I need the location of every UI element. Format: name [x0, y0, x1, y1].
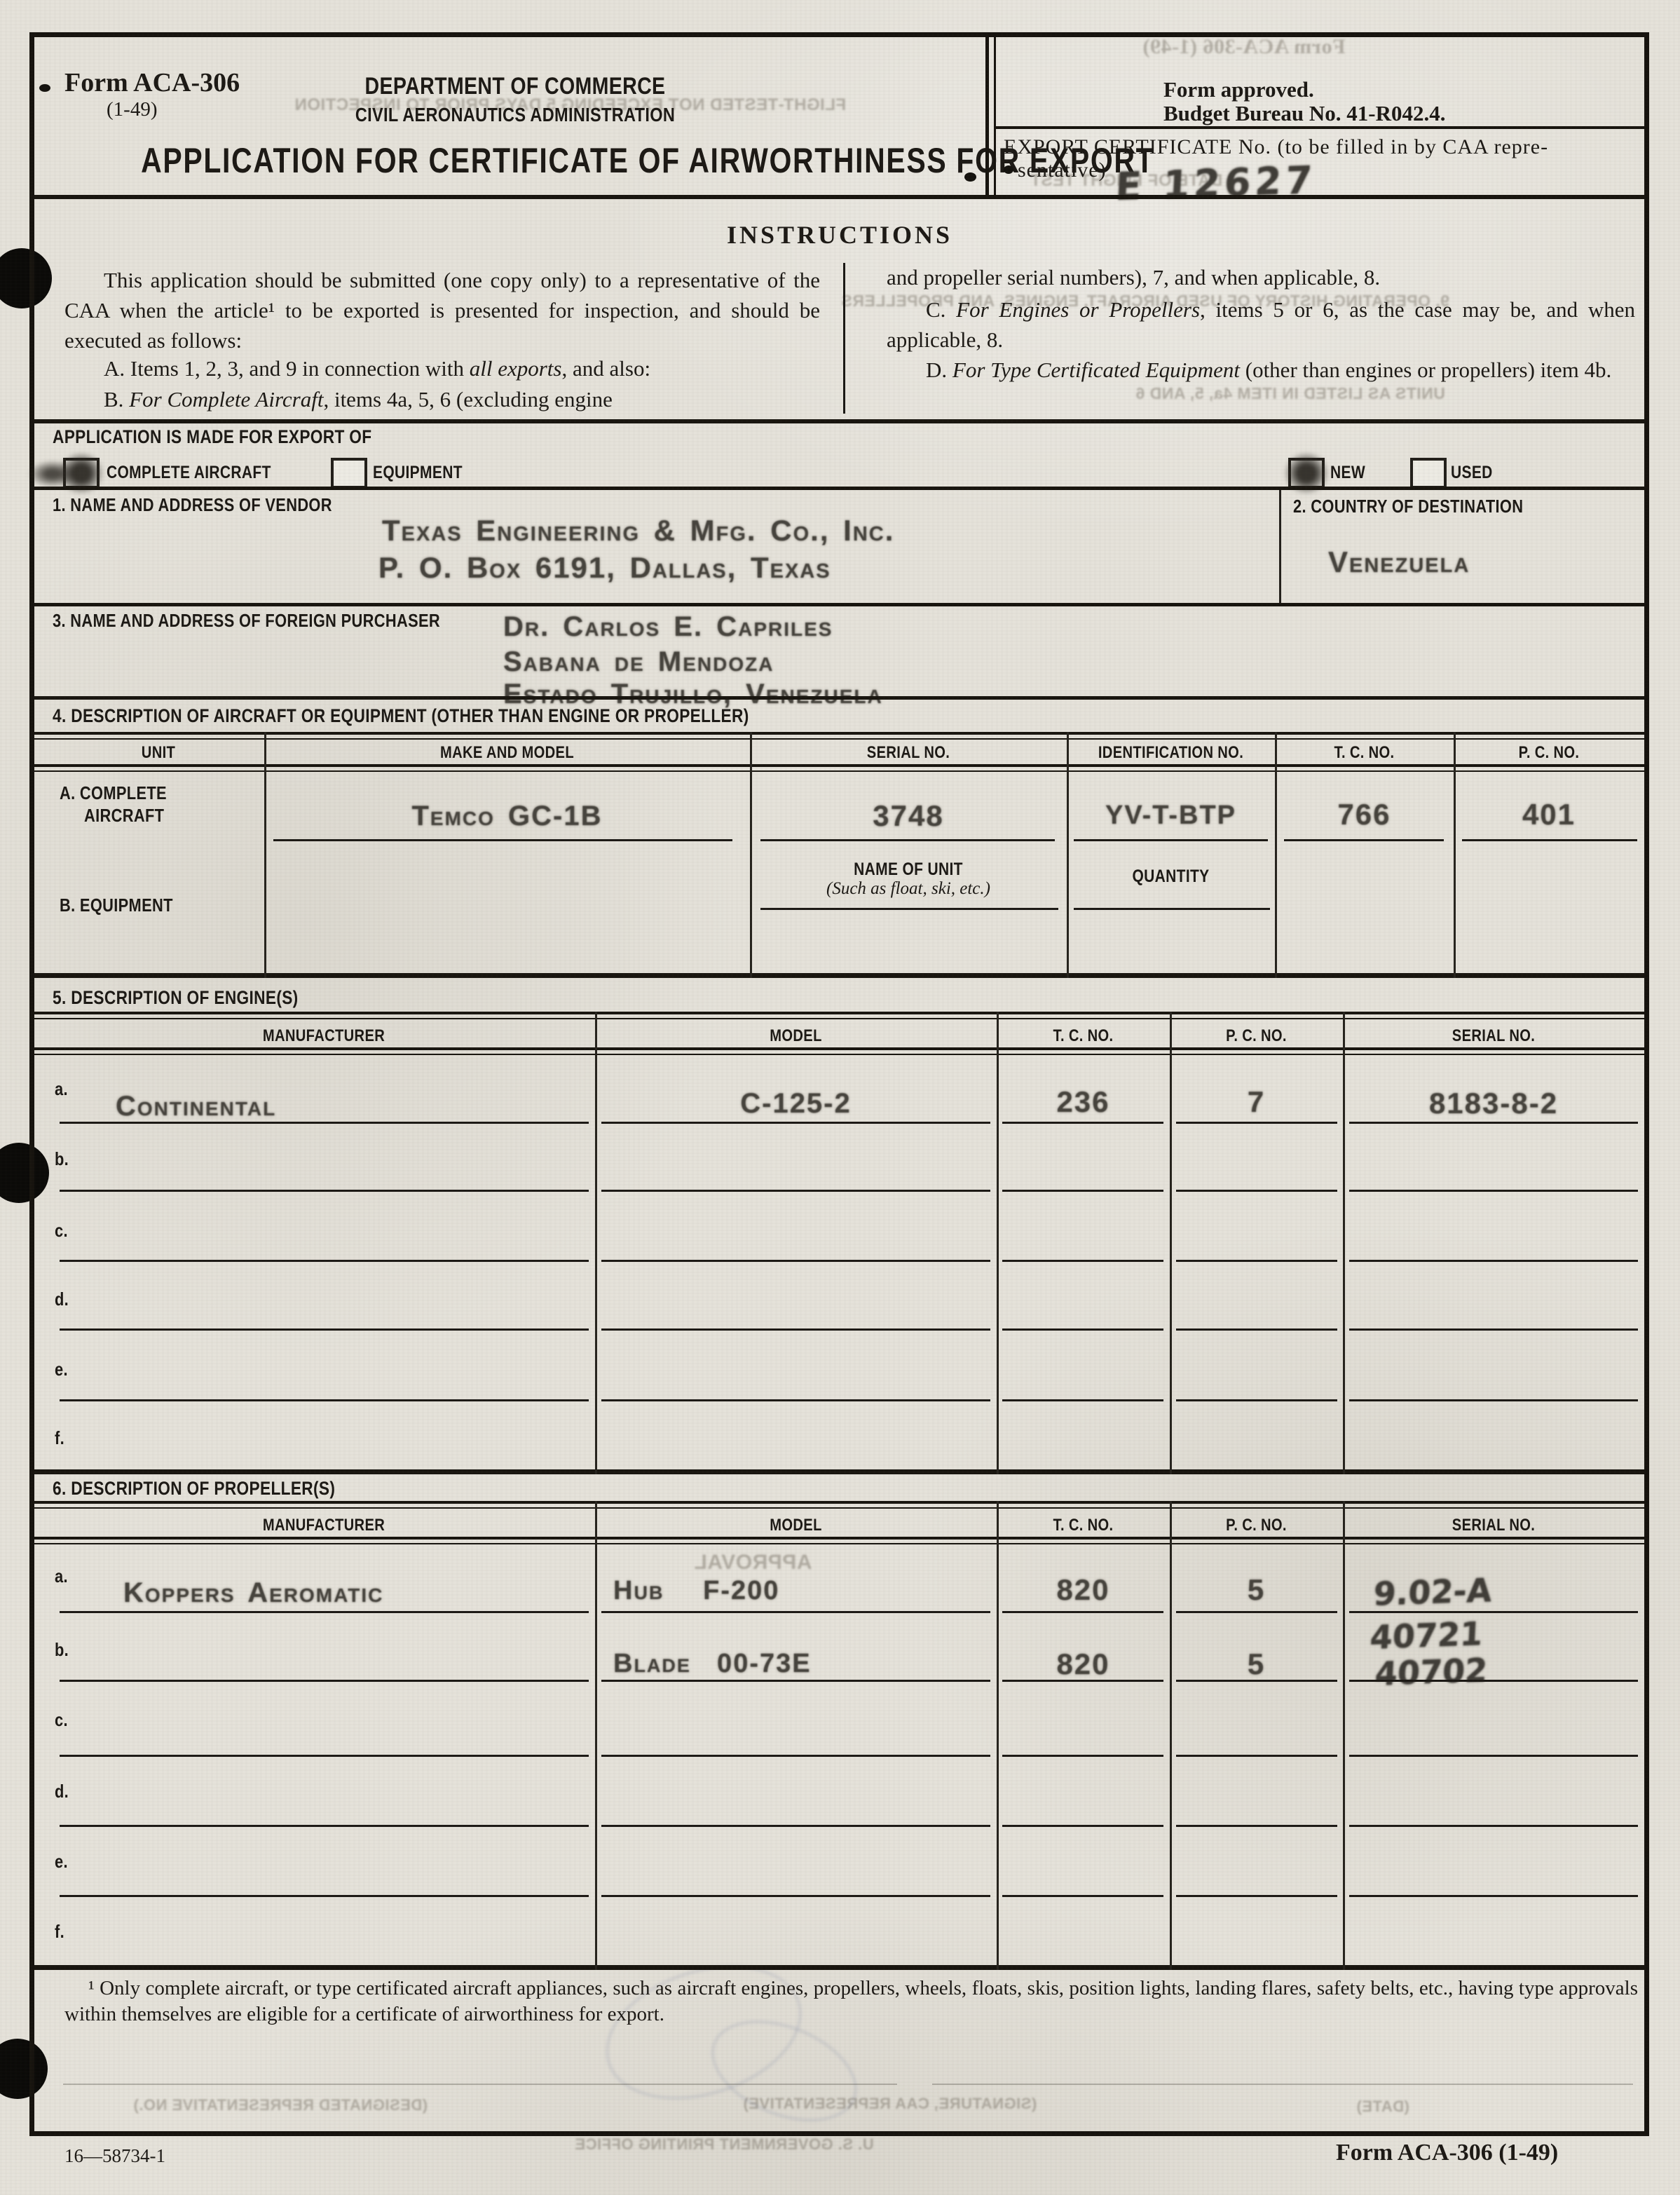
rule-line [34, 1047, 1644, 1055]
country-of-destination: Venezuela [1328, 545, 1470, 579]
rule-line [34, 195, 1644, 199]
entry-underline [1176, 1260, 1337, 1262]
propeller-serial-no: 9.02-A [1372, 1571, 1492, 1613]
entry-underline [1176, 1122, 1337, 1124]
col-header-serial: SERIAL NO. [1367, 1026, 1620, 1046]
checkbox-equipment-label: EQUIPMENT [373, 463, 463, 483]
item-d-italic: For Type Certificated Equipment [952, 358, 1240, 382]
entry-underline [601, 1825, 990, 1827]
vendor-name: Texas Engineering & Mfg. Co., Inc. [382, 514, 894, 548]
propeller-row-letter: f. [55, 1921, 64, 1943]
instructions-continuation: and propeller serial numbers), 7, and wh… [887, 265, 1635, 290]
item-d-pre: D. [926, 358, 952, 382]
rule-line [34, 1965, 1644, 1970]
col-header-model: MODEL [627, 1026, 964, 1046]
item3-label: 3. NAME AND ADDRESS OF FOREIGN PURCHASER [53, 610, 440, 632]
entry-underline [601, 1260, 990, 1262]
rule-line [34, 487, 1644, 490]
department-name: DEPARTMENT OF COMMERCE [280, 73, 751, 100]
vendor-address: P. O. Box 6191, Dallas, Texas [378, 551, 831, 585]
propeller-pc-no: 5 [1170, 1647, 1343, 1681]
rule-line [34, 1537, 1644, 1544]
form-approved-line2: Budget Bureau No. 41-R042.4. [1163, 101, 1445, 126]
propeller-pc-no: 5 [1170, 1573, 1343, 1607]
propeller-row-letter: d. [55, 1781, 69, 1802]
column-divider [264, 732, 266, 978]
purchaser-name: Dr. Carlos E. Capriles [503, 611, 833, 643]
form-title: APPLICATION FOR CERTIFICATE OF AIRWORTHI… [141, 140, 882, 181]
rule-line [995, 126, 1644, 129]
rule-line [34, 696, 1644, 700]
engine-row-letter: c. [55, 1220, 68, 1242]
col-header-manufacturer: MANUFACTURER [96, 1026, 552, 1046]
entry-underline [1176, 1680, 1337, 1682]
entry-underline [1176, 1825, 1337, 1827]
propeller-row-letter: b. [55, 1639, 69, 1661]
entry-underline [1176, 1328, 1337, 1331]
entry-underline [1002, 1190, 1163, 1192]
bleedthrough-text: U. S. GOVERNMENT PRINTING OFFICE [575, 2135, 874, 2154]
item-d-post: (other than engines or propellers) item … [1240, 358, 1611, 382]
entry-underline [1002, 1755, 1163, 1757]
col-header-manufacturer: MANUFACTURER [96, 1516, 552, 1535]
aircraft-make-model: Temco GC-1B [264, 801, 750, 832]
propeller-serial-no: 40702 [1374, 1651, 1488, 1693]
engine-row-letter: a. [55, 1078, 68, 1100]
administration-name: CIVIL AERONAUTICS ADMINISTRATION [280, 104, 751, 126]
aircraft-identification-no: YV-T-BTP [1067, 801, 1275, 831]
instructions-item-d: D. For Type Certificated Equipment (othe… [887, 355, 1635, 385]
aircraft-tc-no: 766 [1275, 798, 1454, 831]
entry-underline [1349, 1260, 1638, 1262]
col-header-unit: UNIT [69, 743, 247, 763]
entry-underline [1074, 908, 1270, 910]
col-header-pc: P. C. NO. [1469, 743, 1629, 763]
export-certificate-number: E 12627 [1114, 158, 1318, 209]
checkbox-used-label: USED [1451, 463, 1493, 483]
entry-underline [1349, 1328, 1638, 1331]
ink-dot-icon [1004, 165, 1013, 174]
item-b-italic: For Complete Aircraft [129, 387, 323, 412]
item4-heading: 4. DESCRIPTION OF AIRCRAFT OR EQUIPMENT … [53, 705, 749, 727]
entry-underline [1349, 1680, 1638, 1682]
purchaser-address1: Sabana de Mendoza [503, 646, 774, 678]
instructions-item-b: B. For Complete Aircraft, items 4a, 5, 6… [64, 387, 613, 412]
entry-underline [60, 1190, 589, 1192]
ink-smear [28, 460, 77, 488]
instructions-item-c: C. For Engines or Propellers, items 5 or… [887, 294, 1635, 355]
propeller-row-letter: a. [55, 1565, 68, 1587]
col-header-tc: T. C. NO. [1011, 1516, 1156, 1535]
form-number: Form ACA-306 [64, 67, 240, 98]
entry-underline [601, 1328, 990, 1331]
entry-underline [1074, 839, 1268, 841]
entry-underline [601, 1399, 990, 1401]
entry-underline [60, 1122, 589, 1124]
col-header-tc: T. C. NO. [1289, 743, 1439, 763]
entry-underline [1002, 1260, 1163, 1262]
col-header-serial: SERIAL NO. [775, 743, 1042, 763]
row-a-label: A. COMPLETE [60, 782, 167, 804]
engine-serial-no: 8183-8-2 [1343, 1087, 1644, 1120]
entry-underline [60, 1680, 589, 1682]
item-a-italic: all exports [470, 356, 562, 381]
entry-underline [60, 1611, 589, 1613]
footer-form-number: Form ACA-306 (1-49) [1336, 2140, 1558, 2166]
header-divider [985, 37, 996, 198]
entry-underline [1002, 1825, 1163, 1827]
rule-line [34, 1469, 1644, 1474]
rule-line [34, 973, 1644, 978]
item2-label: 2. COUNTRY OF DESTINATION [1293, 496, 1523, 517]
entry-underline [760, 839, 1055, 841]
propeller-tc-no: 820 [997, 1647, 1170, 1681]
column-divider [1343, 1501, 1345, 1970]
column-divider [1170, 1501, 1172, 1970]
col-header-pc: P. C. NO. [1184, 1026, 1329, 1046]
propeller-tc-no: 820 [997, 1573, 1170, 1607]
col-header-identification: IDENTIFICATION NO. [1084, 743, 1258, 763]
instructions-heading: INSTRUCTIONS [629, 220, 1050, 250]
checkbox-new [1288, 458, 1325, 489]
entry-underline [60, 1825, 589, 1827]
export-of-heading: APPLICATION IS MADE FOR EXPORT OF [53, 426, 371, 448]
engine-tc-no: 236 [997, 1085, 1170, 1119]
propeller-serial-extra: 40721 [1369, 1615, 1483, 1657]
col-header-model: MODEL [627, 1516, 964, 1535]
entry-underline [1002, 1895, 1163, 1897]
entry-underline [1349, 1825, 1638, 1827]
entry-underline [1176, 1399, 1337, 1401]
engine-row-letter: d. [55, 1289, 69, 1310]
entry-underline [1284, 839, 1444, 841]
propeller-manufacturer: Koppers Aeromatic [123, 1577, 383, 1609]
entry-underline [1349, 1895, 1638, 1897]
column-divider [1275, 732, 1277, 978]
entry-underline [60, 1260, 589, 1262]
footnote: ¹ Only complete aircraft, or type certif… [64, 1976, 1638, 2027]
propeller-row-letter: e. [55, 1851, 68, 1873]
item-b-post: , items 4a, 5, 6 (excluding engine [323, 387, 612, 412]
col-header-pc: P. C. NO. [1184, 1516, 1329, 1535]
name-of-unit-note: (Such as float, ski, etc.) [750, 879, 1067, 899]
checkbox-complete-aircraft-label: COMPLETE AIRCRAFT [107, 463, 271, 483]
engine-manufacturer: Continental [116, 1091, 276, 1122]
entry-underline [601, 1190, 990, 1192]
entry-underline [1349, 1122, 1638, 1124]
entry-underline [60, 1755, 589, 1757]
column-divider [1067, 732, 1069, 978]
footer-print-code: 16—58734-1 [64, 2145, 165, 2167]
entry-underline [601, 1895, 990, 1897]
entry-underline [1002, 1399, 1163, 1401]
instructions-intro: This application should be submitted (on… [64, 265, 820, 355]
scanned-form-page: Form ACA-306 (1-49) FLIGHT-TESTED NOT EX… [0, 0, 1680, 2195]
row-a-label2: AIRCRAFT [84, 805, 164, 827]
engine-row-letter: f. [55, 1427, 64, 1449]
engine-row-letter: e. [55, 1359, 68, 1380]
engine-pc-no: 7 [1170, 1085, 1343, 1119]
entry-underline [601, 1122, 990, 1124]
entry-underline [1349, 1611, 1638, 1613]
entry-underline [273, 839, 732, 841]
entry-underline [60, 1399, 589, 1401]
export-certificate-label2: sentative) [1018, 158, 1107, 182]
aircraft-pc-no: 401 [1454, 798, 1644, 831]
column-divider [997, 1012, 999, 1474]
item-c-italic: For Engines or Propellers [956, 297, 1200, 322]
rule-line [34, 1012, 1644, 1019]
export-certificate-label: EXPORT CERTIFICATE No. (to be filled in … [1004, 135, 1548, 159]
item-a-post: , and also: [562, 356, 651, 381]
entry-underline [601, 1611, 990, 1613]
quantity-label: QUANTITY [1084, 867, 1258, 887]
item1-label: 1. NAME AND ADDRESS OF VENDOR [53, 494, 332, 516]
column-divider [750, 732, 752, 978]
entry-underline [1349, 1399, 1638, 1401]
item6-heading: 6. DESCRIPTION OF PROPELLER(S) [53, 1478, 335, 1500]
entry-underline [60, 1328, 589, 1331]
entry-underline [1002, 1328, 1163, 1331]
col-header-make-model: MAKE AND MODEL [303, 743, 711, 763]
entry-underline [60, 1895, 589, 1897]
item-c-pre: C. [926, 297, 956, 322]
entry-underline [760, 908, 1058, 910]
form-edition: (1-49) [107, 98, 157, 121]
name-of-unit-label: NAME OF UNIT [775, 859, 1042, 880]
rule-line [34, 419, 1644, 423]
column-divider [1454, 732, 1456, 978]
propeller-row-letter: c. [55, 1709, 68, 1731]
entry-underline [1349, 1755, 1638, 1757]
column-divider [595, 1012, 597, 1474]
rule-line [34, 603, 1644, 606]
column-divider [997, 1501, 999, 1970]
entry-underline [1176, 1895, 1337, 1897]
entry-underline [1176, 1611, 1337, 1613]
rule-line [34, 732, 1644, 740]
entry-underline [1176, 1190, 1337, 1192]
col-header-tc: T. C. NO. [1011, 1026, 1156, 1046]
entry-underline [1349, 1190, 1638, 1192]
column-divider [1343, 1012, 1345, 1474]
propeller-model: Hub F-200 [613, 1576, 779, 1606]
rule-line [34, 1501, 1644, 1509]
entry-underline [1462, 839, 1637, 841]
instructions-item-a: A. Items 1, 2, 3, and 9 in connection wi… [64, 356, 650, 381]
entry-underline [601, 1680, 990, 1682]
entry-underline [1002, 1122, 1163, 1124]
row-b-label: B. EQUIPMENT [60, 895, 173, 916]
entry-underline [1002, 1611, 1163, 1613]
column-divider [843, 263, 845, 414]
checkbox-new-label: NEW [1330, 463, 1365, 483]
entry-underline [601, 1755, 990, 1757]
col-header-serial: SERIAL NO. [1367, 1516, 1620, 1535]
propeller-model: Blade 00-73E [613, 1649, 812, 1679]
item5-heading: 5. DESCRIPTION OF ENGINE(S) [53, 987, 299, 1009]
item-a-pre: A. Items 1, 2, 3, and 9 in connection wi… [104, 356, 470, 381]
aircraft-serial-no: 3748 [750, 799, 1067, 833]
column-divider [1170, 1012, 1172, 1474]
column-divider [1279, 490, 1281, 603]
checkbox-used [1410, 458, 1447, 489]
engine-row-letter: b. [55, 1148, 69, 1170]
item-b-pre: B. [104, 387, 129, 412]
engine-model: C-125-2 [595, 1088, 997, 1120]
rule-line [34, 764, 1644, 772]
entry-underline [1002, 1680, 1163, 1682]
form-approved-line1: Form approved. [1163, 77, 1314, 102]
column-divider [595, 1501, 597, 1970]
entry-underline [1176, 1755, 1337, 1757]
checkbox-equipment [331, 458, 367, 489]
